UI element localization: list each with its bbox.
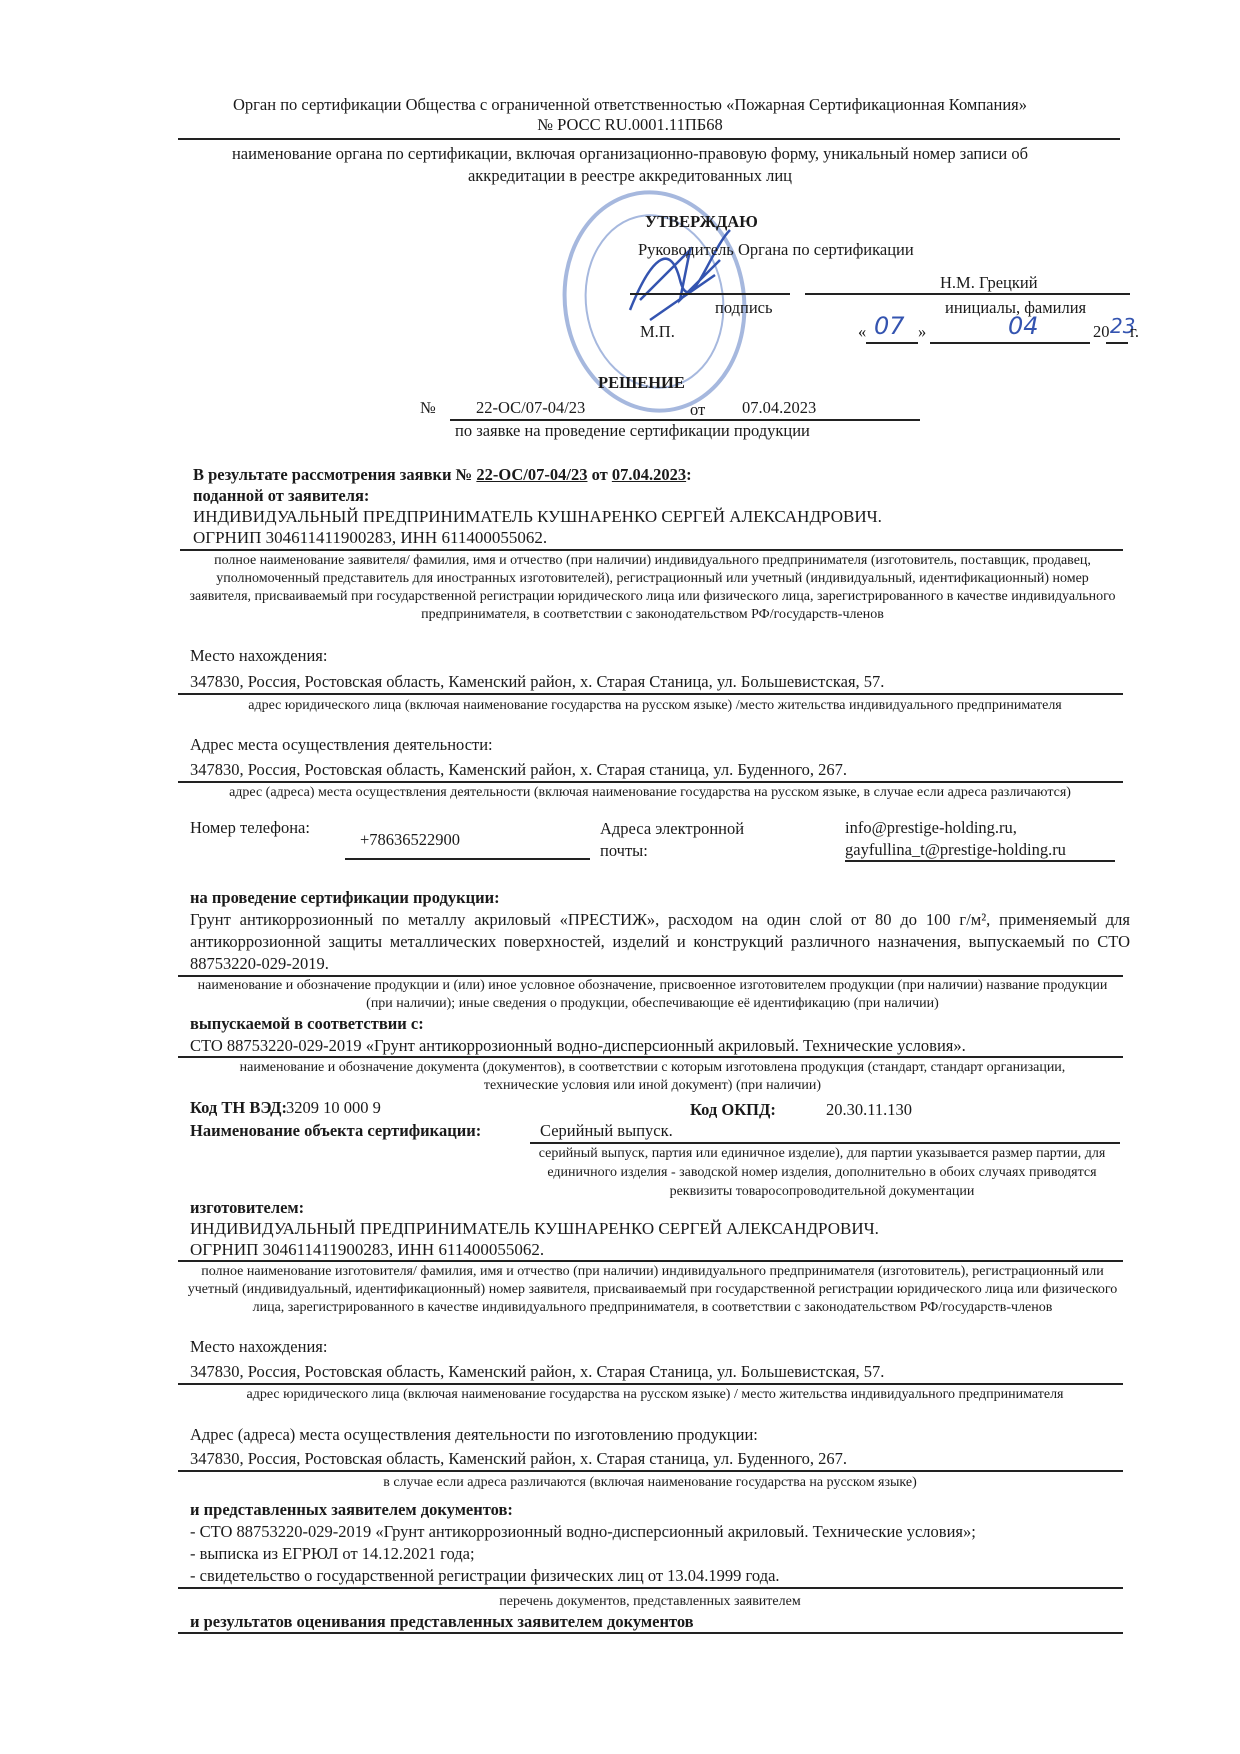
documents-label: и представленных заявителем документов: [190, 1500, 513, 1520]
email-2[interactable]: gayfullina_t@prestige-holding.ru [845, 840, 1066, 860]
stamp-label: М.П. [640, 322, 675, 342]
standard-label: выпускаемой в соответствии с: [190, 1014, 424, 1034]
divider [178, 138, 1120, 140]
location-address: 347830, Россия, Ростовская область, Каме… [190, 672, 884, 692]
decision-title: РЕШЕНИЕ [598, 373, 685, 393]
decision-subtitle: по заявке на проведение сертификации про… [455, 421, 810, 441]
product-caption: наименование и обозначение продукции и (… [185, 977, 1120, 1013]
approval-title: УТВЕРЖДАЮ [645, 212, 758, 232]
org-caption: наименование органа по сертификации, вкл… [200, 143, 1060, 187]
okpd-value: 20.30.11.130 [826, 1100, 912, 1120]
activity-label: Адрес места осуществления деятельности: [190, 735, 493, 755]
production-caption: в случае если адреса различаются (включа… [200, 1475, 1100, 1491]
email-label: Адреса электронной почты: [600, 818, 770, 862]
applicant-caption: полное наименование заявителя/ фамилия, … [185, 552, 1120, 624]
document-item: - СТО 88753220-029-2019 «Грунт антикорро… [190, 1522, 976, 1542]
activity-caption: адрес (адреса) места осуществления деяте… [200, 784, 1100, 802]
manufacturer-location: 347830, Россия, Ростовская область, Каме… [190, 1362, 884, 1382]
approval-date: « 07 » 04 20 23 г. [858, 318, 1148, 348]
phone-value: +78636522900 [360, 830, 460, 850]
documents-caption: перечень документов, представленных заяв… [200, 1594, 1100, 1610]
object-value: Серийный выпуск. [540, 1121, 673, 1141]
location-label: Место нахождения: [190, 646, 327, 666]
applicant-ids: ОГРНИП 304611411900283, ИНН 611400055062… [193, 528, 547, 548]
document-item: - выписка из ЕГРЮЛ от 14.12.2021 года; [190, 1544, 475, 1564]
decision-number-label: № [420, 398, 436, 418]
decision-number: 22-ОС/07-04/23 [476, 398, 585, 418]
submitted-label: поданной от заявителя: [193, 486, 369, 506]
signature-line [630, 293, 790, 295]
tnved-label: Код ТН ВЭД: [190, 1098, 287, 1118]
object-caption: серийный выпуск, партия или единичное из… [532, 1144, 1112, 1201]
email-1[interactable]: info@prestige-holding.ru, [845, 818, 1017, 838]
date-month: 04 [1008, 312, 1039, 340]
approver-name: Н.М. Грецкий [940, 273, 1038, 293]
manufacturer-caption: полное наименование изготовителя/ фамили… [185, 1263, 1120, 1317]
manufacturer-name: ИНДИВИДУАЛЬНЫЙ ПРЕДПРИНИМАТЕЛЬ КУШНАРЕНК… [190, 1219, 879, 1239]
date-day: 07 [874, 312, 905, 340]
standard-value: СТО 88753220-029-2019 «Грунт антикоррози… [190, 1036, 966, 1056]
product-description: Грунт антикоррозионный по металлу акрило… [190, 909, 1130, 975]
name-line [805, 293, 1130, 295]
okpd-label: Код ОКПД: [690, 1100, 776, 1120]
org-accreditation-number: № РОСС RU.0001.11ПБ68 [170, 115, 1090, 135]
manufacturer-ids: ОГРНИП 304611411900283, ИНН 611400055062… [190, 1240, 544, 1260]
product-label: на проведение сертификации продукции: [190, 888, 500, 908]
evaluation-label: и результатов оценивания представленных … [190, 1612, 694, 1632]
phone-label: Номер телефона: [190, 818, 310, 838]
manufacturer-location-label: Место нахождения: [190, 1337, 327, 1357]
application-intro: В результате рассмотрения заявки № 22-ОС… [193, 465, 692, 485]
standard-caption: наименование и обозначение документа (до… [205, 1059, 1100, 1095]
approval-position: Руководитель Органа по сертификации [638, 240, 914, 260]
location-caption: адрес юридического лица (включая наимено… [230, 697, 1080, 715]
decision-date: 07.04.2023 [742, 398, 816, 418]
signature-caption: подпись [715, 298, 773, 318]
production-address: 347830, Россия, Ростовская область, Каме… [190, 1449, 847, 1469]
certification-body-header: Орган по сертификации Общества с огранич… [170, 95, 1090, 135]
applicant-name: ИНДИВИДУАЛЬНЫЙ ПРЕДПРИНИМАТЕЛЬ КУШНАРЕНК… [193, 507, 882, 527]
manufacturer-label: изготовителем: [190, 1198, 304, 1218]
document-item: - свидетельство о государственной регист… [190, 1566, 780, 1586]
object-label: Наименование объекта сертификации: [190, 1121, 481, 1141]
production-label: Адрес (адреса) места осуществления деяте… [190, 1425, 758, 1445]
activity-address: 347830, Россия, Ростовская область, Каме… [190, 760, 847, 780]
tnved-value: 3209 10 000 9 [286, 1098, 381, 1118]
org-name: Орган по сертификации Общества с огранич… [170, 95, 1090, 115]
manufacturer-location-caption: адрес юридического лица (включая наимено… [230, 1386, 1080, 1404]
